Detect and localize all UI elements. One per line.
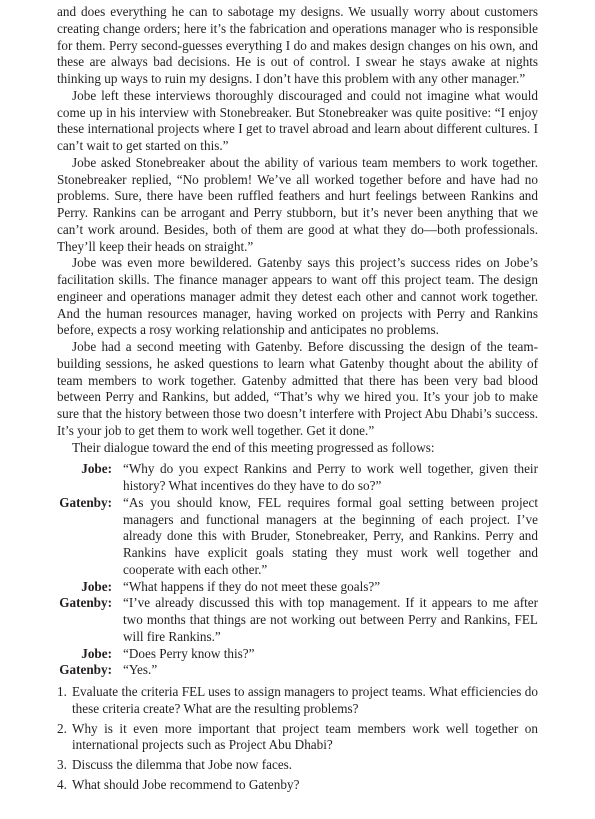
question-number: 3. <box>57 757 72 774</box>
dialogue-speaker: Gatenby: <box>57 595 123 645</box>
dialogue-speaker: Jobe: <box>57 646 123 663</box>
paragraph-team-ability: Jobe asked Stonebreaker about the abilit… <box>57 155 538 256</box>
question-item: 4. What should Jobe recommend to Gatenby… <box>57 777 538 794</box>
question-text: What should Jobe recommend to Gatenby? <box>72 777 538 794</box>
discussion-questions: 1. Evaluate the criteria FEL uses to ass… <box>57 684 538 794</box>
question-item: 1. Evaluate the criteria FEL uses to ass… <box>57 684 538 718</box>
dialogue-line: Jobe: “Why do you expect Rankins and Per… <box>57 461 538 495</box>
paragraph-second-meeting: Jobe had a second meeting with Gatenby. … <box>57 339 538 440</box>
document-page: and does everything he can to sabotage m… <box>57 4 538 797</box>
question-number: 4. <box>57 777 72 794</box>
dialogue-line: Jobe: “Does Perry know this?” <box>57 646 538 663</box>
dialogue-line: Gatenby: “Yes.” <box>57 662 538 679</box>
dialogue-text: “As you should know, FEL requires formal… <box>123 495 538 579</box>
paragraph-jobe-bewildered: Jobe was even more bewildered. Gatenby s… <box>57 255 538 339</box>
dialogue-text: “I’ve already discussed this with top ma… <box>123 595 538 645</box>
question-text: Evaluate the criteria FEL uses to assign… <box>72 684 538 718</box>
dialogue-text: “Does Perry know this?” <box>123 646 538 663</box>
question-text: Why is it even more important that proje… <box>72 721 538 755</box>
dialogue-speaker: Gatenby: <box>57 495 123 579</box>
dialogue-line: Gatenby: “I’ve already discussed this wi… <box>57 595 538 645</box>
dialogue-line: Gatenby: “As you should know, FEL requir… <box>57 495 538 579</box>
dialogue-text: “Yes.” <box>123 662 538 679</box>
paragraph-stonebreaker-interview: Jobe left these interviews thoroughly di… <box>57 88 538 155</box>
dialogue: Jobe: “Why do you expect Rankins and Per… <box>57 461 538 679</box>
dialogue-text: “What happens if they do not meet these … <box>123 579 538 596</box>
dialogue-speaker: Jobe: <box>57 461 123 495</box>
question-number: 1. <box>57 684 72 718</box>
paragraph-continued-quote: and does everything he can to sabotage m… <box>57 4 538 88</box>
question-number: 2. <box>57 721 72 755</box>
dialogue-speaker: Jobe: <box>57 579 123 596</box>
dialogue-text: “Why do you expect Rankins and Perry to … <box>123 461 538 495</box>
question-text: Discuss the dilemma that Jobe now faces. <box>72 757 538 774</box>
paragraph-dialogue-intro: Their dialogue toward the end of this me… <box>57 440 538 457</box>
dialogue-line: Jobe: “What happens if they do not meet … <box>57 579 538 596</box>
question-item: 3. Discuss the dilemma that Jobe now fac… <box>57 757 538 774</box>
question-item: 2. Why is it even more important that pr… <box>57 721 538 755</box>
dialogue-speaker: Gatenby: <box>57 662 123 679</box>
